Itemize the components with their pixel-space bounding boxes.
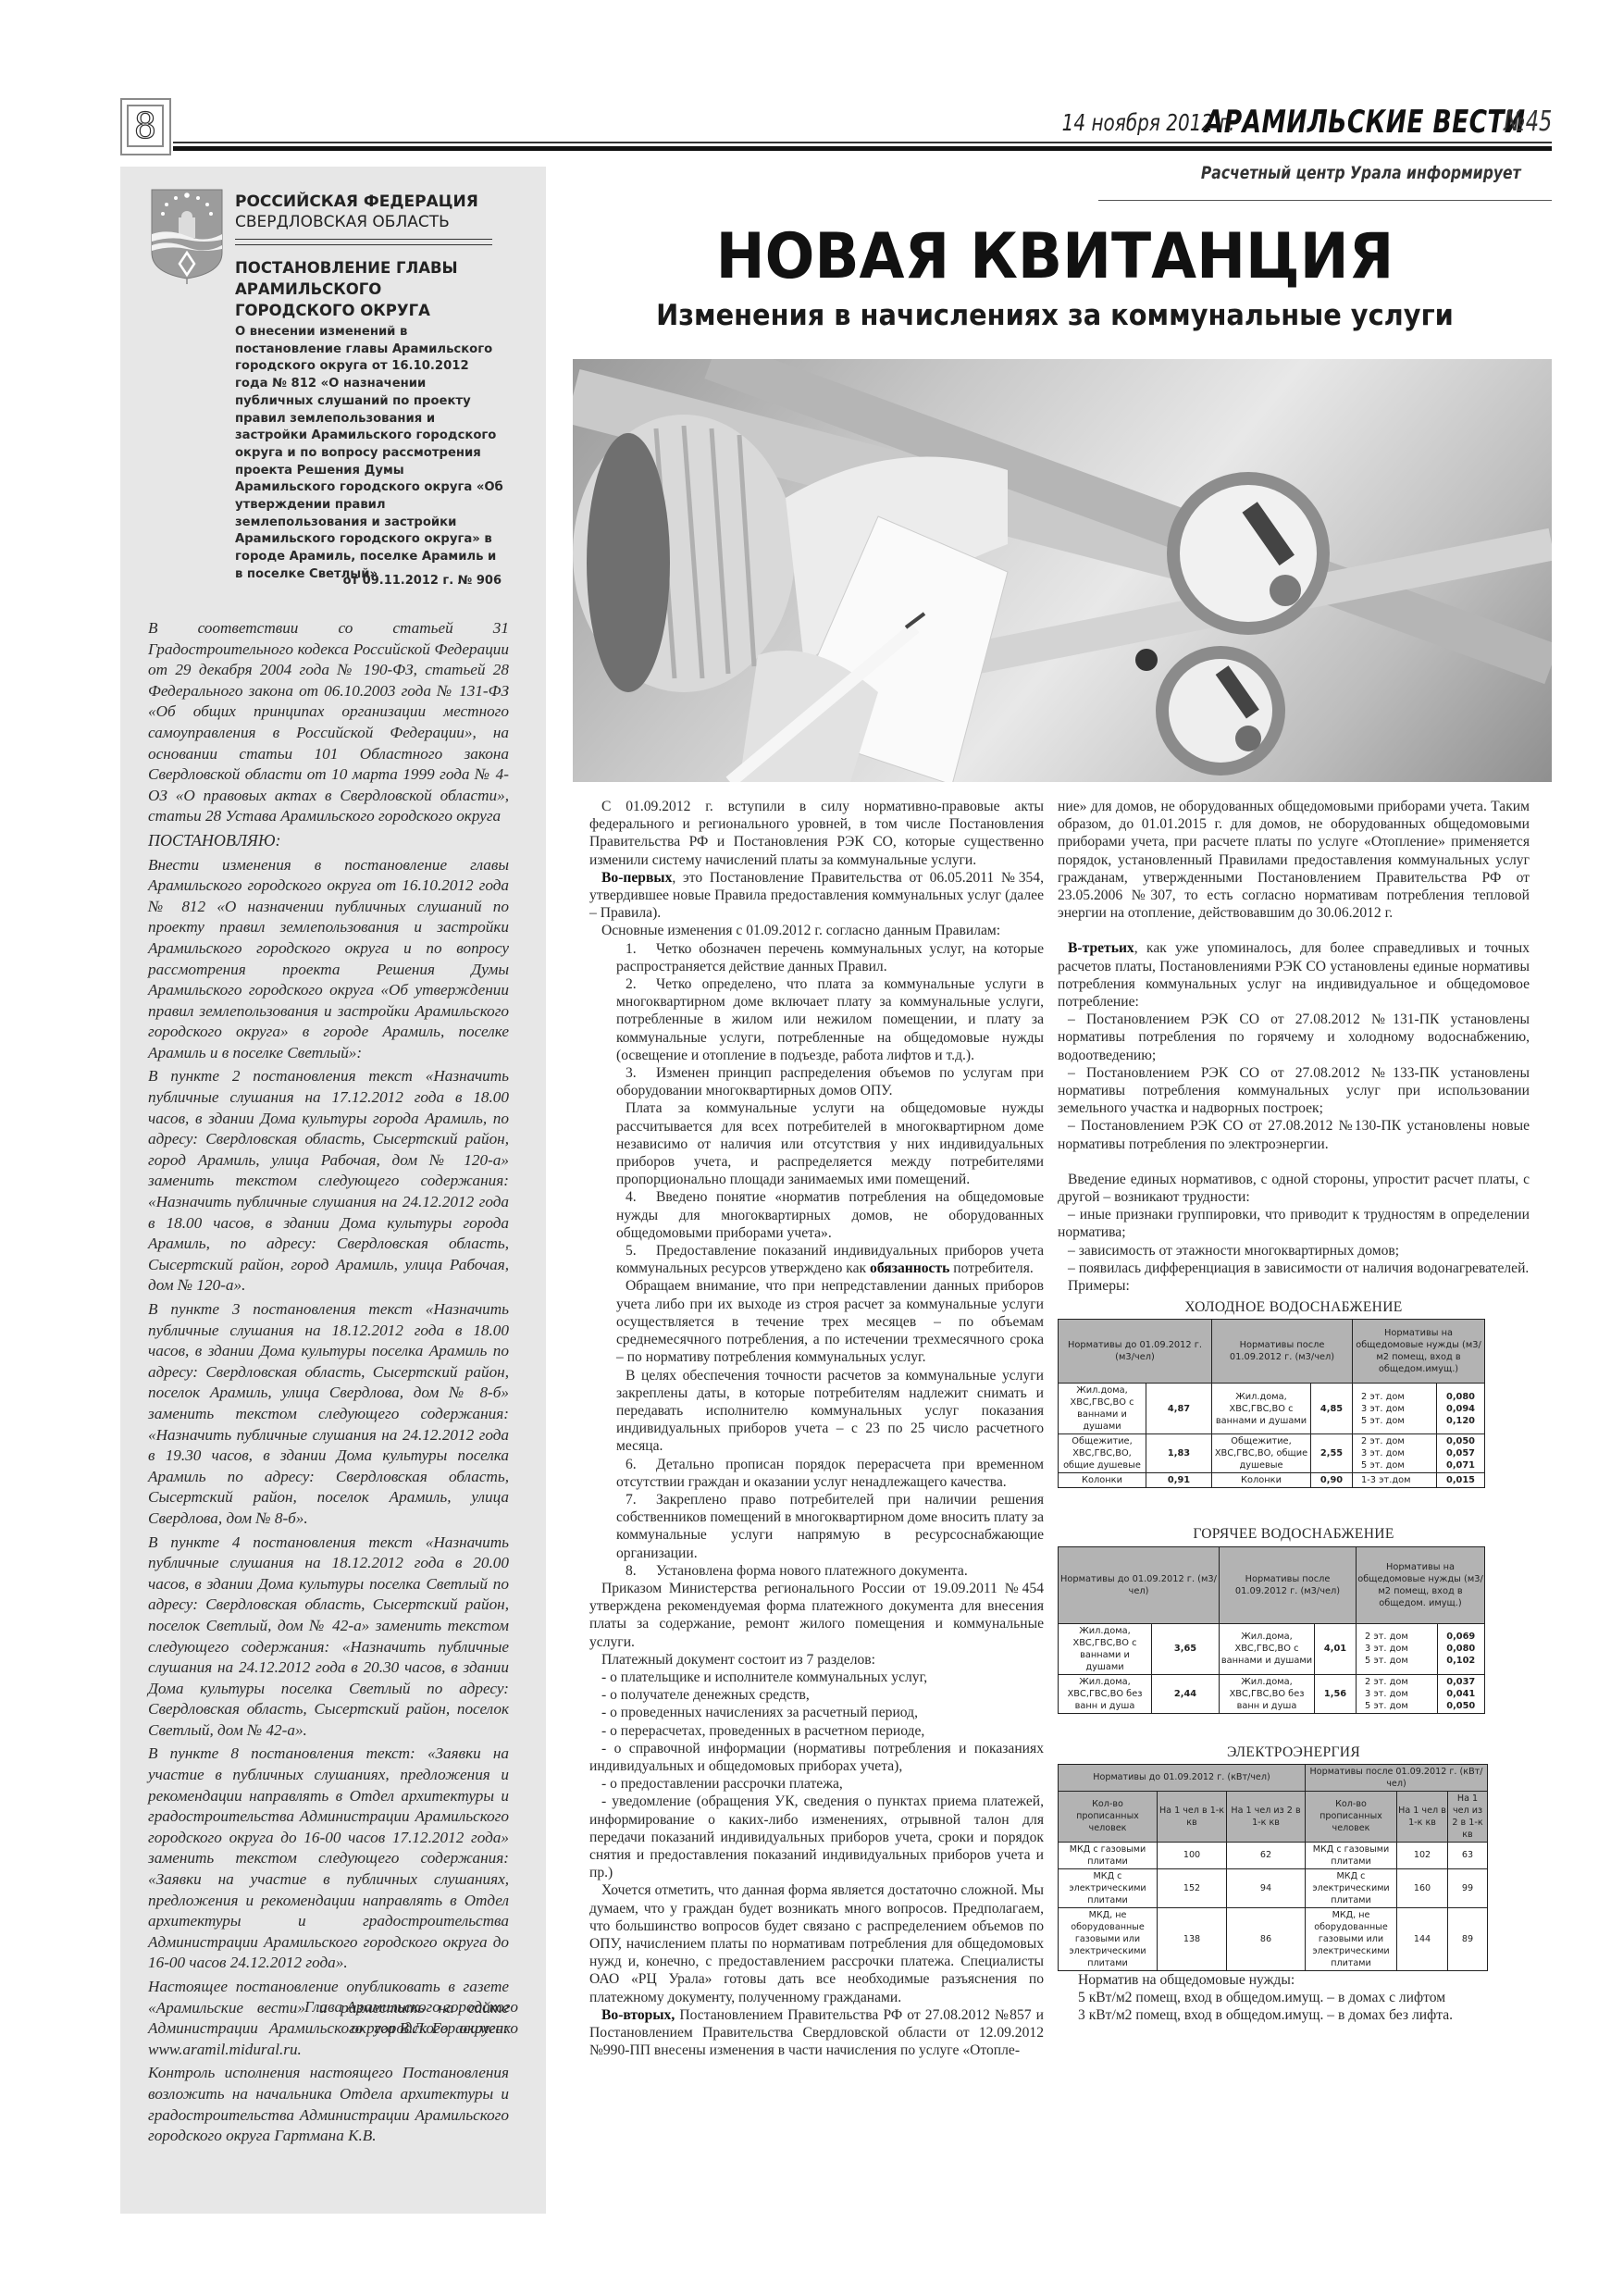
list-item: 7.Закреплено право потребителей при нали… — [589, 1491, 1044, 1562]
article-paragraph: Хочется отметить, что данная форма являе… — [589, 1881, 1044, 2005]
decree-sidebar: РОССИЙСКАЯ ФЕДЕРАЦИЯ СВЕРДЛОВСКАЯ ОБЛАСТ… — [120, 167, 546, 2214]
signature-line: Глава Арамильского городского — [241, 1997, 518, 2018]
group-header: Нормативы после 01.09.2012 г. (кВт/чел) — [1306, 1764, 1488, 1791]
table-row: Жил.дома, ХВС,ГВС,ВО без ванн и душа 2,4… — [1059, 1674, 1485, 1713]
list-item: 1.Четко обозначен перечень коммунальных … — [589, 940, 1044, 975]
header-divider — [235, 239, 492, 245]
cold-water-caption: ХОЛОДНОЕ ВОДОСНАБЖЕНИЕ — [1058, 1298, 1530, 1316]
column-header: Нормативы до 01.09.2012 г. (м3/чел) — [1059, 1320, 1212, 1384]
electricity-caption: ЭЛЕКТРОЭНЕРГИЯ — [1058, 1744, 1530, 1761]
note-line: 3 кВт/м2 помещ, вход в общедом.имущ. – в… — [1058, 2006, 1530, 2024]
column-header: На 1 чел из 2 в 1-к кв — [1448, 1791, 1488, 1842]
difficulty-item: – иные признаки группировки, что приводи… — [1058, 1206, 1530, 1241]
decree-paragraph: В пункте 8 постановления текст: «Заявки … — [148, 1744, 509, 1974]
water-meter-photo — [573, 359, 1552, 782]
table-row: Жил.дома, ХВС,ГВС,ВО с ваннами и душами … — [1059, 1623, 1485, 1674]
note-line: 5 кВт/м2 помещ, вход в общедом.имущ. – в… — [1058, 1989, 1530, 2006]
list-item: 6.Детально прописан порядок перерасчета … — [589, 1456, 1044, 1491]
difficulty-item: – появилась дифференциация в зависимости… — [1058, 1260, 1530, 1277]
page-number: 8 — [127, 105, 164, 147]
decree-body: В соответствии со статьей 31 Градостроит… — [148, 618, 509, 2150]
signature-line: округа В.Л. Герасименко — [241, 2018, 518, 2040]
federation-label: РОССИЙСКАЯ ФЕДЕРАЦИЯ — [235, 192, 478, 211]
table-row: Общежитие, ХВС,ГВС,ВО, общие душевые 1,8… — [1059, 1434, 1485, 1473]
masthead-rule-thick — [173, 146, 1552, 151]
list-item: 8.Установлена форма нового платежного до… — [589, 1562, 1044, 1580]
decree-title: ПОСТАНОВЛЕНИЕ ГЛАВЫ АРАМИЛЬСКОГО ГОРОДСК… — [235, 257, 503, 321]
decree-paragraph: Контроль исполнения настоящего Постановл… — [148, 2063, 509, 2146]
list-item: 4.Введено понятие «норматив потребления … — [589, 1188, 1044, 1242]
decree-resolve: ПОСТАНОВЛЯЮ: — [148, 830, 509, 851]
column-header: Кол-во прописанных человек — [1306, 1791, 1397, 1842]
table-row: МКД с электрическими плитами 152 94 МКД … — [1059, 1868, 1488, 1907]
signature: Глава Арамильского городского округа В.Л… — [241, 1997, 518, 2039]
coat-of-arms-icon — [150, 188, 224, 285]
section-item: - о предоставлении рассрочки платежа, — [589, 1775, 1044, 1793]
masthead-rule-thin — [173, 142, 1552, 143]
second-point-label: Во-вторых, — [601, 2007, 675, 2023]
article-paragraph: Основные изменения с 01.09.2012 г. согла… — [589, 922, 1044, 939]
list-item: 2.Четко определено, что плата за коммуна… — [589, 975, 1044, 1064]
decree-paragraph: В пункте 2 постановления текст «Назначит… — [148, 1066, 509, 1297]
article-paragraph: Платежный документ состоит из 7 разделов… — [589, 1651, 1044, 1669]
column-header: На 1 чел из 2 в 1-к кв — [1227, 1791, 1306, 1842]
rubric-rule — [1098, 200, 1552, 201]
newspaper-title: АРАМИЛЬСКИЕ ВЕСТИ — [1204, 104, 1525, 141]
third-point-label: В-третьих — [1068, 940, 1134, 956]
column-header: Нормативы после 01.09.2012 г. (м3/чел) — [1212, 1320, 1353, 1384]
section-item: - о проведенных начислениях за расчетный… — [589, 1704, 1044, 1721]
column-header: На 1 чел в 1-к кв — [1397, 1791, 1448, 1842]
table-row: МКД, не оборудованные газовыми или элект… — [1059, 1907, 1488, 1970]
section-item: - уведомление (обращения УК, сведения о … — [589, 1793, 1044, 1881]
section-item: - о справочной информации (нормативы пот… — [589, 1740, 1044, 1775]
decree-subject: О внесении изменений в постановление гла… — [235, 324, 503, 584]
decree-paragraph: В соответствии со статьей 31 Градостроит… — [148, 618, 509, 827]
article-column-2: ние» для домов, не оборудованных общедом… — [1058, 798, 1530, 2025]
column-header: Нормативы после 01.09.2012 г. (м3/чел) — [1220, 1546, 1357, 1623]
table-row: МКД с газовыми плитами 100 62 МКД с газо… — [1059, 1842, 1488, 1868]
column-header: Нормативы на общедомовые нужды (м3/м2 по… — [1353, 1320, 1485, 1384]
difficulty-item: – зависимость от этажности многоквартирн… — [1058, 1242, 1530, 1260]
photo-illustration — [573, 359, 1552, 782]
list-item-note: Плата за коммунальные услуги на общедомо… — [589, 1099, 1044, 1188]
page-number-box: 8 — [120, 98, 171, 155]
table-row: Жил.дома, ХВС,ГВС,ВО с ваннами и душами … — [1059, 1384, 1485, 1434]
resolution-item: – Постановлением РЭК СО от 27.08.2012 №1… — [1058, 1011, 1530, 1064]
section-item: - о получателе денежных средств, — [589, 1686, 1044, 1704]
list-item-note: В целях обеспечения точности расчетов за… — [589, 1367, 1044, 1456]
hot-water-caption: ГОРЯЧЕЕ ВОДОСНАБЖЕНИЕ — [1058, 1525, 1530, 1543]
decree-date: от 09.11.2012 г. № 906 — [343, 574, 502, 588]
article-paragraph: В-третьих, как уже упоминалось, для боле… — [1058, 939, 1530, 1011]
column-header: Нормативы на общедомовые нужды (м3/м2 по… — [1357, 1546, 1485, 1623]
first-point-label: Во-первых — [601, 870, 672, 886]
list-item: 5.Предоставление показаний индивидуальны… — [589, 1242, 1044, 1277]
decree-paragraph: В пункте 3 постановления текст «Назначит… — [148, 1299, 509, 1530]
article-paragraph: Во-первых, это Постановление Правительст… — [589, 869, 1044, 923]
headline: НОВАЯ КВИТАНЦИЯ — [590, 220, 1519, 294]
group-header: Нормативы до 01.09.2012 г. (кВт/чел) — [1059, 1764, 1306, 1791]
rubric: Расчетный центр Урала информирует — [1201, 163, 1521, 183]
section-item: - о плательщике и исполнителе коммунальн… — [589, 1669, 1044, 1686]
article-paragraph: Приказом Министерства регионального Росс… — [589, 1580, 1044, 1651]
section-item: - о перерасчетах, проведенных в расчетно… — [589, 1722, 1044, 1740]
column-header: Нормативы до 01.09.2012 г. (м3/чел) — [1059, 1546, 1220, 1623]
cold-water-table: Нормативы до 01.09.2012 г. (м3/чел) Норм… — [1058, 1319, 1485, 1488]
resolution-item: – Постановлением РЭК СО от 27.08.2012 №1… — [1058, 1064, 1530, 1118]
electricity-note: Норматив на общедомовые нужды: 5 кВт/м2 … — [1058, 1971, 1530, 2025]
article-column-1: С 01.09.2012 г. вступили в силу норматив… — [589, 798, 1044, 2059]
article-paragraph: Во-вторых, Постановлением Правительства … — [589, 2006, 1044, 2060]
list-item-note: Обращаем внимание, что при непредставлен… — [589, 1277, 1044, 1366]
list-item: 3.Изменен принцип распределения объемов … — [589, 1064, 1044, 1099]
note-title: Норматив на общедомовые нужды: — [1058, 1971, 1530, 1989]
resolution-item: – Постановлением РЭК СО от 27.08.2012 №1… — [1058, 1117, 1530, 1152]
electricity-table: Нормативы до 01.09.2012 г. (кВт/чел) Нор… — [1058, 1764, 1488, 1971]
hot-water-table: Нормативы до 01.09.2012 г. (м3/чел) Норм… — [1058, 1546, 1485, 1714]
subheadline: Изменения в начислениях за коммунальные … — [590, 296, 1519, 335]
decree-paragraph: Внести изменения в постановление главы А… — [148, 855, 509, 1064]
article-paragraph: ние» для домов, не оборудованных общедом… — [1058, 798, 1530, 922]
column-header: На 1 чел в 1-к кв — [1158, 1791, 1227, 1842]
region-label: СВЕРДЛОВСКАЯ ОБЛАСТЬ — [235, 213, 450, 231]
column-header: Кол-во прописанных человек — [1059, 1791, 1158, 1842]
article-paragraph: С 01.09.2012 г. вступили в силу норматив… — [589, 798, 1044, 869]
examples-label: Примеры: — [1058, 1277, 1530, 1295]
article-paragraph: Введение единых нормативов, с одной стор… — [1058, 1171, 1530, 1206]
issue-number: №45 — [1504, 105, 1552, 138]
decree-paragraph: В пункте 4 постановления текст «Назначит… — [148, 1533, 509, 1742]
table-row: Колонки 0,91 Колонки 0,90 1-3 эт.дом 0,0… — [1059, 1473, 1485, 1488]
